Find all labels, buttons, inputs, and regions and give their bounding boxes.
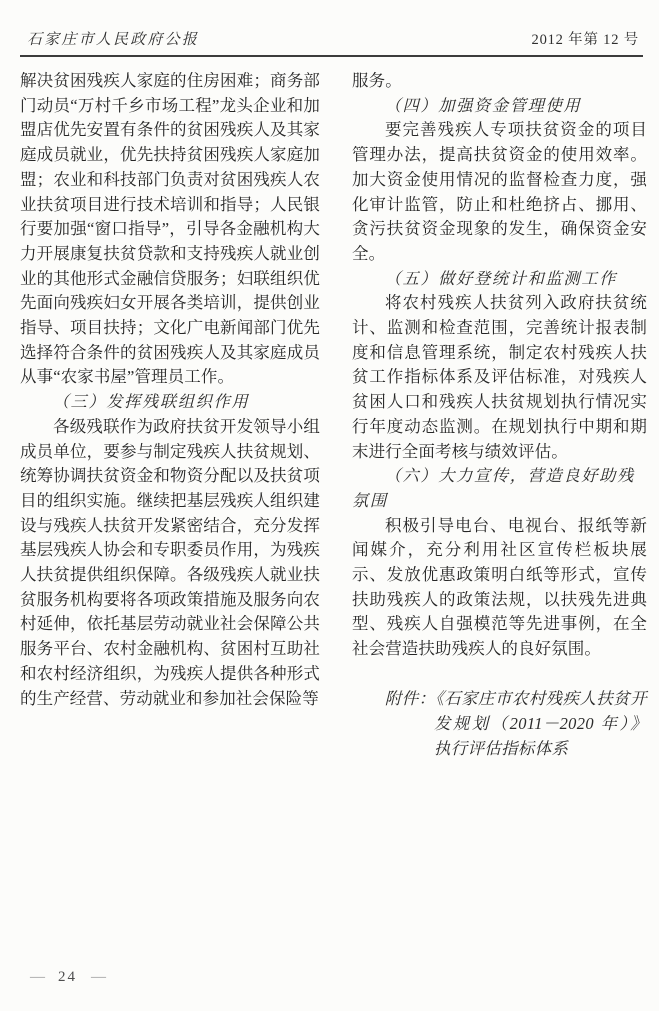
left-column: 解决贫困残疾人家庭的住房困难；商务部门动员“万村千乡市场工程”龙头企业和加盟店优… (20, 69, 320, 762)
attachment-label: 附件： (385, 689, 436, 708)
paragraph-section-5: 将农村残疾人扶贫列入政府扶贫统计、监测和检查范围，完善统计报表制度和信息管理系统… (352, 291, 647, 464)
body-columns: 解决贫困残疾人家庭的住房困难；商务部门动员“万村千乡市场工程”龙头企业和加盟店优… (0, 57, 659, 762)
page-number-value: 24 (58, 969, 77, 986)
attachment-note: 附件：《石家庄市农村残疾人扶贫开发规划（2011－2020 年）》执行评估指标体… (385, 686, 647, 762)
page-number-dash-right: — (91, 969, 105, 986)
section-heading-5: （五）做好登统计和监测工作 (352, 267, 647, 292)
section-heading-4: （四）加强资金管理使用 (352, 94, 647, 119)
paragraph-continuation: 解决贫困残疾人家庭的住房困难；商务部门动员“万村千乡市场工程”龙头企业和加盟店优… (20, 69, 320, 390)
gazette-title: 石家庄市人民政府公报 (27, 28, 199, 49)
page-header: 石家庄市人民政府公报 2012 年第 12 号 (20, 0, 643, 57)
paragraph-section-4: 要完善残疾人专项扶贫资金的项目管理办法，提高扶贫资金的使用效率。加大资金使用情况… (352, 118, 647, 266)
section-heading-6: （六）大力宣传，营造良好助残氛围 (352, 464, 647, 513)
paragraph-section-3: 各级残联作为政府扶贫开发领导小组成员单位，要参与制定残疾人扶贫规划、统筹协调扶贫… (20, 415, 320, 711)
page-number: — 24 — (30, 969, 105, 986)
gazette-page: 石家庄市人民政府公报 2012 年第 12 号 解决贫困残疾人家庭的住房困难；商… (0, 0, 659, 1011)
paragraph-section-3-continuation: 服务。 (352, 69, 647, 94)
issue-number: 2012 年第 12 号 (532, 28, 639, 49)
paragraph-section-6: 积极引导电台、电视台、报纸等新闻媒介，充分利用社区宣传栏板块展示、发放优惠政策明… (352, 514, 647, 662)
section-heading-3: （三）发挥残联组织作用 (20, 390, 320, 415)
attachment-text: 《石家庄市农村残疾人扶贫开发规划（2011－2020 年）》执行评估指标体系 (434, 689, 647, 759)
right-column: 服务。 （四）加强资金管理使用 要完善残疾人专项扶贫资金的项目管理办法，提高扶贫… (352, 69, 647, 762)
page-number-dash-left: — (30, 969, 44, 986)
